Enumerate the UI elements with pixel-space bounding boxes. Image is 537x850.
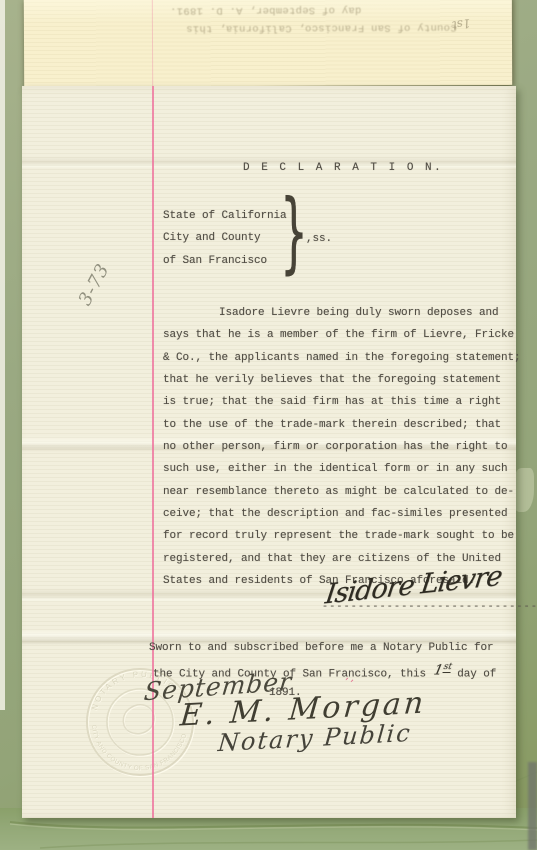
body-line: no other person, firm or corporation has… xyxy=(163,436,535,458)
venue-line: State of California xyxy=(163,205,287,227)
body-line: that he verily believes that the foregoi… xyxy=(163,369,535,391)
pencil-margin-note: 3-73 xyxy=(75,260,114,309)
body-line: ceive; that the description and fac-simi… xyxy=(163,503,535,525)
body-line: Isadore Lievre being duly sworn deposes … xyxy=(163,302,535,324)
body-line: to the use of the trade-mark therein des… xyxy=(163,414,535,436)
body-line: says that he is a member of the firm of … xyxy=(163,324,535,346)
venue-brace: } xyxy=(280,190,308,274)
folded-page-back: day of September, A. D. 1891. County of … xyxy=(24,0,512,87)
ss-label: ,ss. xyxy=(306,233,332,245)
body-line: & Co., the applicants named in the foreg… xyxy=(163,347,535,369)
margin-rule xyxy=(152,86,154,818)
declaration-body: Isadore Lievre being duly sworn deposes … xyxy=(163,302,535,592)
scan-edge-left xyxy=(0,0,5,710)
jurat-text: day of xyxy=(457,669,496,681)
scanned-declaration-document: day of September, A. D. 1891. County of … xyxy=(0,0,537,850)
margin-rule-faint xyxy=(152,0,153,87)
body-line: is true; that the said firm has at this … xyxy=(163,391,535,413)
venue-block: State of California City and County of S… xyxy=(163,205,287,272)
bleed-through-line: County of San Francisco, California, thi… xyxy=(186,21,457,34)
bleed-through-line: day of September, A. D. 1891. xyxy=(170,4,361,17)
jurat-line: Sworn to and subscribed before me a Nota… xyxy=(149,642,494,654)
body-line: near resemblance thereto as might be cal… xyxy=(163,481,535,503)
body-line: for record truly represent the trade-mar… xyxy=(163,525,535,547)
declaration-page: NOTARY PUBLIC NOTARY PUBLIC CITY AND COU… xyxy=(22,86,516,818)
handwritten-day: 1st xyxy=(432,662,453,679)
scan-edge-shadow xyxy=(528,762,537,850)
body-line: such use, either in the identical form o… xyxy=(163,458,535,480)
document-title: D E C L A R A T I O N. xyxy=(243,162,443,174)
venue-line: City and County xyxy=(163,227,287,249)
venue-line: of San Francisco xyxy=(163,250,287,272)
bleed-through-handwritten-mark: 1st xyxy=(451,16,471,33)
